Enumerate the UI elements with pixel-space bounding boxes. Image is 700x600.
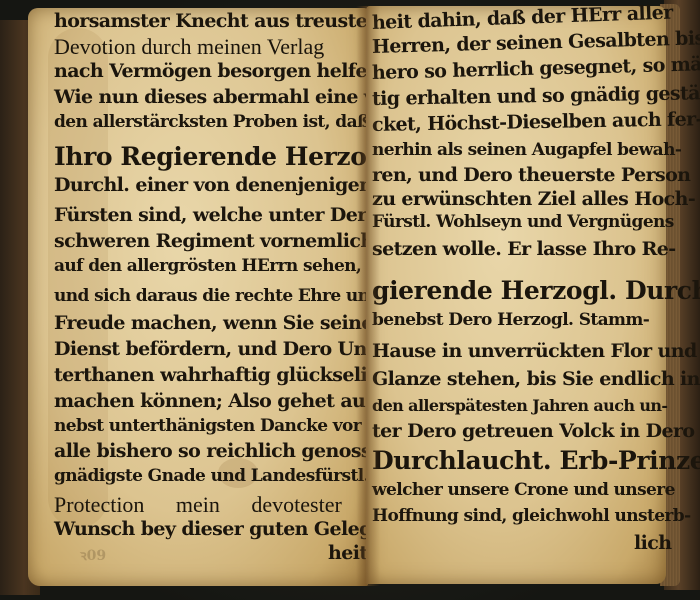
text-line: setzen wolle. Er lasse Ihro Re- — [372, 238, 676, 260]
text-line: Hause in unverrückten Flor und — [372, 340, 697, 362]
text-line: hero so herrlich gesegnet, so mäch- — [372, 53, 700, 84]
text-line: cket, Höchst-Dieselben auch fer- — [372, 108, 700, 136]
text-line: Fürsten sind, welche unter Dero — [54, 204, 379, 226]
text-line: welcher unsere Crone und unsere — [372, 480, 675, 500]
text-line: nerhin als seinen Augapfel bewah- — [372, 140, 681, 160]
text-line: machen können; Also gehet auch — [54, 390, 389, 412]
text-line: auf den allergrösten HErrn sehen, — [54, 256, 361, 276]
text-line: Fürstl. Wohlseyn und Vergnügens — [372, 212, 674, 232]
text-line: benebst Dero Herzogl. Stamm- — [372, 310, 649, 330]
text-line: schweren Regiment vornemlich — [54, 230, 374, 252]
text-line: den allerstärcksten Proben ist, daß — [54, 112, 369, 132]
text-line: Glanze stehen, bis Sie endlich in — [372, 368, 700, 390]
text-line: den allerspätesten Jahren auch un- — [372, 396, 667, 415]
text-line: ren, und Dero theuerste Person — [372, 164, 690, 186]
text-line: nebst unterthänigsten Dancke vor — [54, 416, 361, 436]
text-line: gierende Herzogl. Durchl. — [372, 276, 700, 305]
text-line: zu erwünschten Ziel alles Hoch- — [372, 188, 695, 210]
right-page: heit dahin, daß der HErr aller Herren, d… — [366, 6, 666, 584]
faded-page-mark: ꝛ09 — [80, 546, 120, 564]
text-line: Protection mein devotester — [54, 492, 342, 518]
text-line: Wunsch bey dieser guten Gelegen- — [54, 518, 404, 540]
text-line: terthanen wahrhaftig glückselig — [54, 364, 380, 386]
text-line: Wie nun dieses abermahl eine von — [54, 86, 400, 108]
text-line: gnädigste Gnade und Landesfürstl. — [54, 466, 369, 486]
text-line: lich — [634, 532, 671, 554]
text-line: Durchlaucht. Erb-Prinzen, — [372, 446, 700, 475]
text-line: tig erhalten und so gnädig gestär- — [372, 82, 700, 110]
text-line: Devotion durch meinen Verlag — [54, 34, 324, 60]
text-line: Freude machen, wenn Sie seinen — [54, 312, 386, 334]
text-line: Ihro Regierende Herzogl. — [54, 142, 401, 171]
text-line: Hoffnung sind, gleichwohl unsterb- — [372, 506, 691, 526]
text-line: ter Dero getreuen Volck in Dero — [372, 420, 694, 442]
text-line: alle bishero so reichlich genossene — [54, 440, 407, 462]
text-line: und sich daraus die rechte Ehre und — [54, 286, 381, 306]
text-line: horsamster Knecht aus treuster — [54, 10, 377, 32]
text-line: nach Vermögen besorgen helfen. — [54, 60, 386, 82]
text-line: Dienst befördern, und Dero Un- — [54, 338, 374, 360]
text-line: Durchl. einer von denenjenigen — [54, 174, 372, 196]
left-page: ꝛ09 horsamster Knecht aus treuster Devot… — [28, 8, 368, 586]
book-gutter — [356, 6, 380, 586]
